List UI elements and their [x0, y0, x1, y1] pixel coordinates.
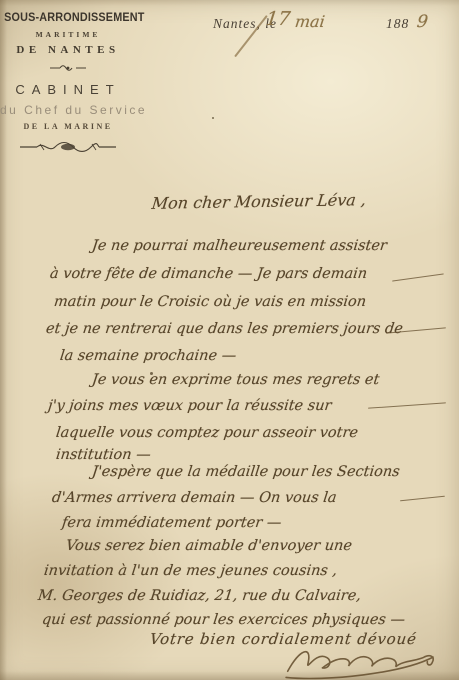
pen-stroke: [368, 402, 446, 409]
body-line: matin pour le Croisic où je vais en miss…: [53, 294, 367, 310]
body-line: qui est passionné pour les exercices phy…: [41, 612, 406, 628]
pen-stroke: [400, 496, 445, 502]
letterhead-branch: MARITIME: [0, 30, 136, 39]
body-line: la semaine prochaine —: [59, 348, 237, 364]
letterhead: SOUS-ARRONDISSEMENT MARITIME DE NANTES C…: [0, 0, 136, 154]
body-line: d'Armes arrivera demain — On vous la: [51, 490, 338, 506]
letterhead-service: DE LA MARINE: [0, 122, 136, 131]
ink-speck: [212, 117, 214, 119]
ink-speck: [150, 372, 153, 375]
letterhead-region: SOUS-ARRONDISSEMENT: [4, 12, 132, 24]
dateline-hand-day: 17: [265, 8, 292, 30]
body-line: et je ne rentrerai que dans les premiers…: [45, 321, 404, 337]
body-line: fera immédiatement porter —: [61, 515, 282, 531]
dateline-hand-month: mai: [294, 12, 326, 31]
body-line: Je vous en exprime tous mes regrets et: [91, 372, 380, 388]
body-line: M. Georges de Ruidiaz, 21, rue du Calvai…: [37, 588, 362, 604]
dateline-hand-year-digit: 9: [416, 12, 429, 32]
body-line: institution —: [55, 447, 152, 463]
body-line: Je ne pourrai malheureusement assister: [91, 238, 388, 254]
body-line: J'espère que la médaille pour les Sectio…: [91, 464, 401, 480]
dateline-printed-year: 188: [386, 16, 409, 32]
body-line: Vous serez bien aimable d'envoyer une: [65, 538, 353, 554]
body-line: laquelle vous comptez pour asseoir votre: [55, 425, 359, 441]
letterhead-office: CABINET: [0, 82, 136, 97]
ornament-squiggle-icon: [0, 64, 136, 72]
letterhead-office-sub: du Chef du Service: [0, 103, 136, 117]
letterhead-city: DE NANTES: [0, 44, 136, 56]
pen-stroke: [392, 273, 444, 282]
ornament-flourish-icon: [0, 140, 136, 154]
body-line: à votre fête de dimanche — Je pars demai…: [49, 266, 368, 282]
body-line: j'y joins mes vœux pour la réussite sur: [47, 398, 332, 414]
body-line: invitation à l'un de mes jeunes cousins …: [43, 563, 338, 579]
salutation: Mon cher Monsieur Léva ,: [151, 190, 367, 213]
scanned-letter-page: SOUS-ARRONDISSEMENT MARITIME DE NANTES C…: [0, 0, 459, 680]
